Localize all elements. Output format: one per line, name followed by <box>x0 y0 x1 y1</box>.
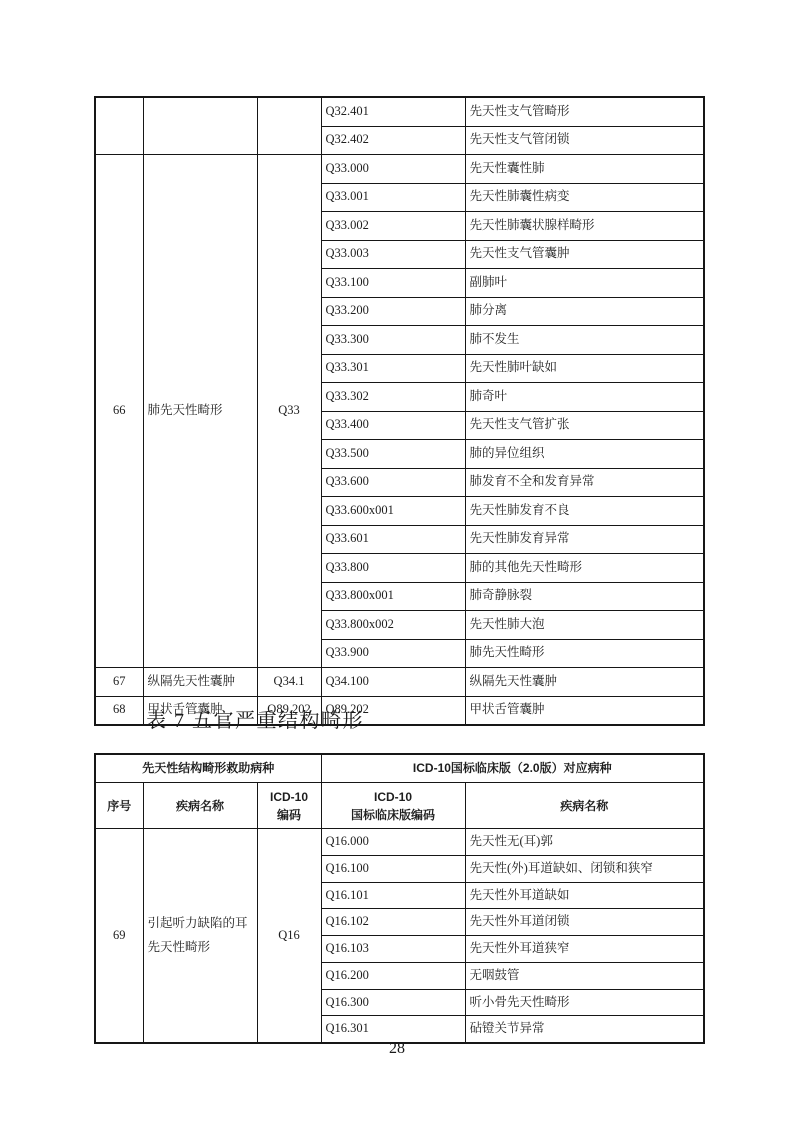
icd10-clinical-code-cell: Q33.200 <box>321 297 465 326</box>
clinical-disease-name-cell: 肺先天性畸形 <box>465 639 704 668</box>
clinical-disease-name-cell: 肺发育不全和发育异常 <box>465 468 704 497</box>
clinical-disease-name-cell: 先天性无(耳)郭 <box>465 829 704 856</box>
seq-cell: 69 <box>95 829 143 1044</box>
clinical-disease-name-cell: 先天性外耳道狭窄 <box>465 936 704 963</box>
icd10-clinical-code-cell: Q33.002 <box>321 212 465 241</box>
icd10-clinical-code-cell: Q33.600x001 <box>321 497 465 526</box>
icd10-code-cell <box>257 97 321 155</box>
clinical-disease-name-cell: 先天性支气管闭锁 <box>465 126 704 155</box>
icd10-clinical-code-cell: Q33.900 <box>321 639 465 668</box>
header-icd10-clinical-code: ICD-10 国标临床版编码 <box>321 783 465 829</box>
icd10-clinical-code-cell: Q16.103 <box>321 936 465 963</box>
disease-name-cell: 肺先天性畸形 <box>143 155 257 668</box>
clinical-disease-name-cell: 副肺叶 <box>465 269 704 298</box>
clinical-disease-name-cell: 先天性肺大泡 <box>465 611 704 640</box>
icd10-clinical-code-cell: Q33.800 <box>321 554 465 583</box>
clinical-disease-name-cell: 先天性支气管扩张 <box>465 411 704 440</box>
disease-name-cell <box>143 97 257 155</box>
clinical-disease-name-cell: 肺奇叶 <box>465 383 704 412</box>
header-rescue-disease-group: 先天性结构畸形救助病种 <box>95 754 321 783</box>
header-icd10-code: ICD-10 编码 <box>257 783 321 829</box>
table-row: Q32.401先天性支气管畸形 <box>95 97 704 126</box>
clinical-disease-name-cell: 肺的异位组织 <box>465 440 704 469</box>
icd10-clinical-code-cell: Q33.000 <box>321 155 465 184</box>
header-disease-name-right: 疾病名称 <box>465 783 704 829</box>
icd10-clinical-code-cell: Q33.302 <box>321 383 465 412</box>
seq-cell: 67 <box>95 668 143 697</box>
clinical-disease-name-cell: 无咽鼓管 <box>465 962 704 989</box>
icd10-clinical-code-cell: Q16.301 <box>321 1016 465 1043</box>
icd10-clinical-code-cell: Q33.301 <box>321 354 465 383</box>
icd10-clinical-code-cell: Q33.001 <box>321 183 465 212</box>
icd10-clinical-code-cell: Q33.003 <box>321 240 465 269</box>
table-row: 69引起听力缺陷的耳先天性畸形Q16Q16.000先天性无(耳)郭 <box>95 829 704 856</box>
icd10-clinical-code-cell: Q33.800x001 <box>321 582 465 611</box>
document-page: Q32.401先天性支气管畸形Q32.402先天性支气管闭锁66肺先天性畸形Q3… <box>0 0 794 1123</box>
clinical-disease-name-cell: 肺奇静脉裂 <box>465 582 704 611</box>
icd10-code-cell: Q16 <box>257 829 321 1044</box>
icd10-clinical-code-cell: Q33.500 <box>321 440 465 469</box>
icd10-clinical-code-cell: Q16.102 <box>321 909 465 936</box>
malformation-table-continued: Q32.401先天性支气管畸形Q32.402先天性支气管闭锁66肺先天性畸形Q3… <box>94 96 705 726</box>
clinical-disease-name-cell: 先天性囊性肺 <box>465 155 704 184</box>
clinical-disease-name-cell: 先天性支气管囊肿 <box>465 240 704 269</box>
clinical-disease-name-cell: 先天性肺囊状腺样畸形 <box>465 212 704 241</box>
icd10-clinical-code-cell: Q16.100 <box>321 855 465 882</box>
clinical-disease-name-cell: 肺不发生 <box>465 326 704 355</box>
icd10-code-cell: Q33 <box>257 155 321 668</box>
clinical-disease-name-cell: 先天性肺发育不良 <box>465 497 704 526</box>
header-icd10-clinical-group: ICD-10国标临床版（2.0版）对应病种 <box>321 754 704 783</box>
icd10-clinical-code-cell: Q34.100 <box>321 668 465 697</box>
icd10-clinical-code-cell: Q16.000 <box>321 829 465 856</box>
clinical-disease-name-cell: 先天性肺叶缺如 <box>465 354 704 383</box>
clinical-disease-name-cell: 肺分离 <box>465 297 704 326</box>
seq-cell: 68 <box>95 696 143 725</box>
page-number: 28 <box>0 1040 794 1058</box>
disease-name-cell: 纵隔先天性囊肿 <box>143 668 257 697</box>
icd10-clinical-code-cell: Q32.402 <box>321 126 465 155</box>
icd10-clinical-code-cell: Q33.300 <box>321 326 465 355</box>
icd10-code-cell: Q34.1 <box>257 668 321 697</box>
seq-cell: 66 <box>95 155 143 668</box>
clinical-disease-name-cell: 砧镫关节异常 <box>465 1016 704 1043</box>
clinical-disease-name-cell: 肺的其他先天性畸形 <box>465 554 704 583</box>
table-row: 67纵隔先天性囊肿Q34.1Q34.100纵隔先天性囊肿 <box>95 668 704 697</box>
table7-sense-organ-malformations: 先天性结构畸形救助病种 ICD-10国标临床版（2.0版）对应病种 序号 疾病名… <box>94 753 705 1044</box>
icd10-clinical-code-cell: Q33.601 <box>321 525 465 554</box>
clinical-disease-name-cell: 先天性外耳道缺如 <box>465 882 704 909</box>
clinical-disease-name-cell: 甲状舌管囊肿 <box>465 696 704 725</box>
icd10-clinical-code-cell: Q33.400 <box>321 411 465 440</box>
clinical-disease-name-cell: 听小骨先天性畸形 <box>465 989 704 1016</box>
clinical-disease-name-cell: 先天性(外)耳道缺如、闭锁和狭窄 <box>465 855 704 882</box>
clinical-disease-name-cell: 先天性肺发育异常 <box>465 525 704 554</box>
table-row: 66肺先天性畸形Q33Q33.000先天性囊性肺 <box>95 155 704 184</box>
seq-cell <box>95 97 143 155</box>
clinical-disease-name-cell: 纵隔先天性囊肿 <box>465 668 704 697</box>
icd10-clinical-code-cell: Q33.600 <box>321 468 465 497</box>
header-disease-name: 疾病名称 <box>143 783 257 829</box>
disease-name-cell: 引起听力缺陷的耳先天性畸形 <box>143 829 257 1044</box>
clinical-disease-name-cell: 先天性肺囊性病变 <box>465 183 704 212</box>
icd10-clinical-code-cell: Q33.800x002 <box>321 611 465 640</box>
icd10-clinical-code-cell: Q32.401 <box>321 97 465 126</box>
icd10-clinical-code-cell: Q16.101 <box>321 882 465 909</box>
clinical-disease-name-cell: 先天性外耳道闭锁 <box>465 909 704 936</box>
table7-title: 表 7 五官严重结构畸形 <box>146 704 364 733</box>
clinical-disease-name-cell: 先天性支气管畸形 <box>465 97 704 126</box>
header-seq: 序号 <box>95 783 143 829</box>
icd10-clinical-code-cell: Q16.300 <box>321 989 465 1016</box>
icd10-clinical-code-cell: Q33.100 <box>321 269 465 298</box>
icd10-clinical-code-cell: Q16.200 <box>321 962 465 989</box>
